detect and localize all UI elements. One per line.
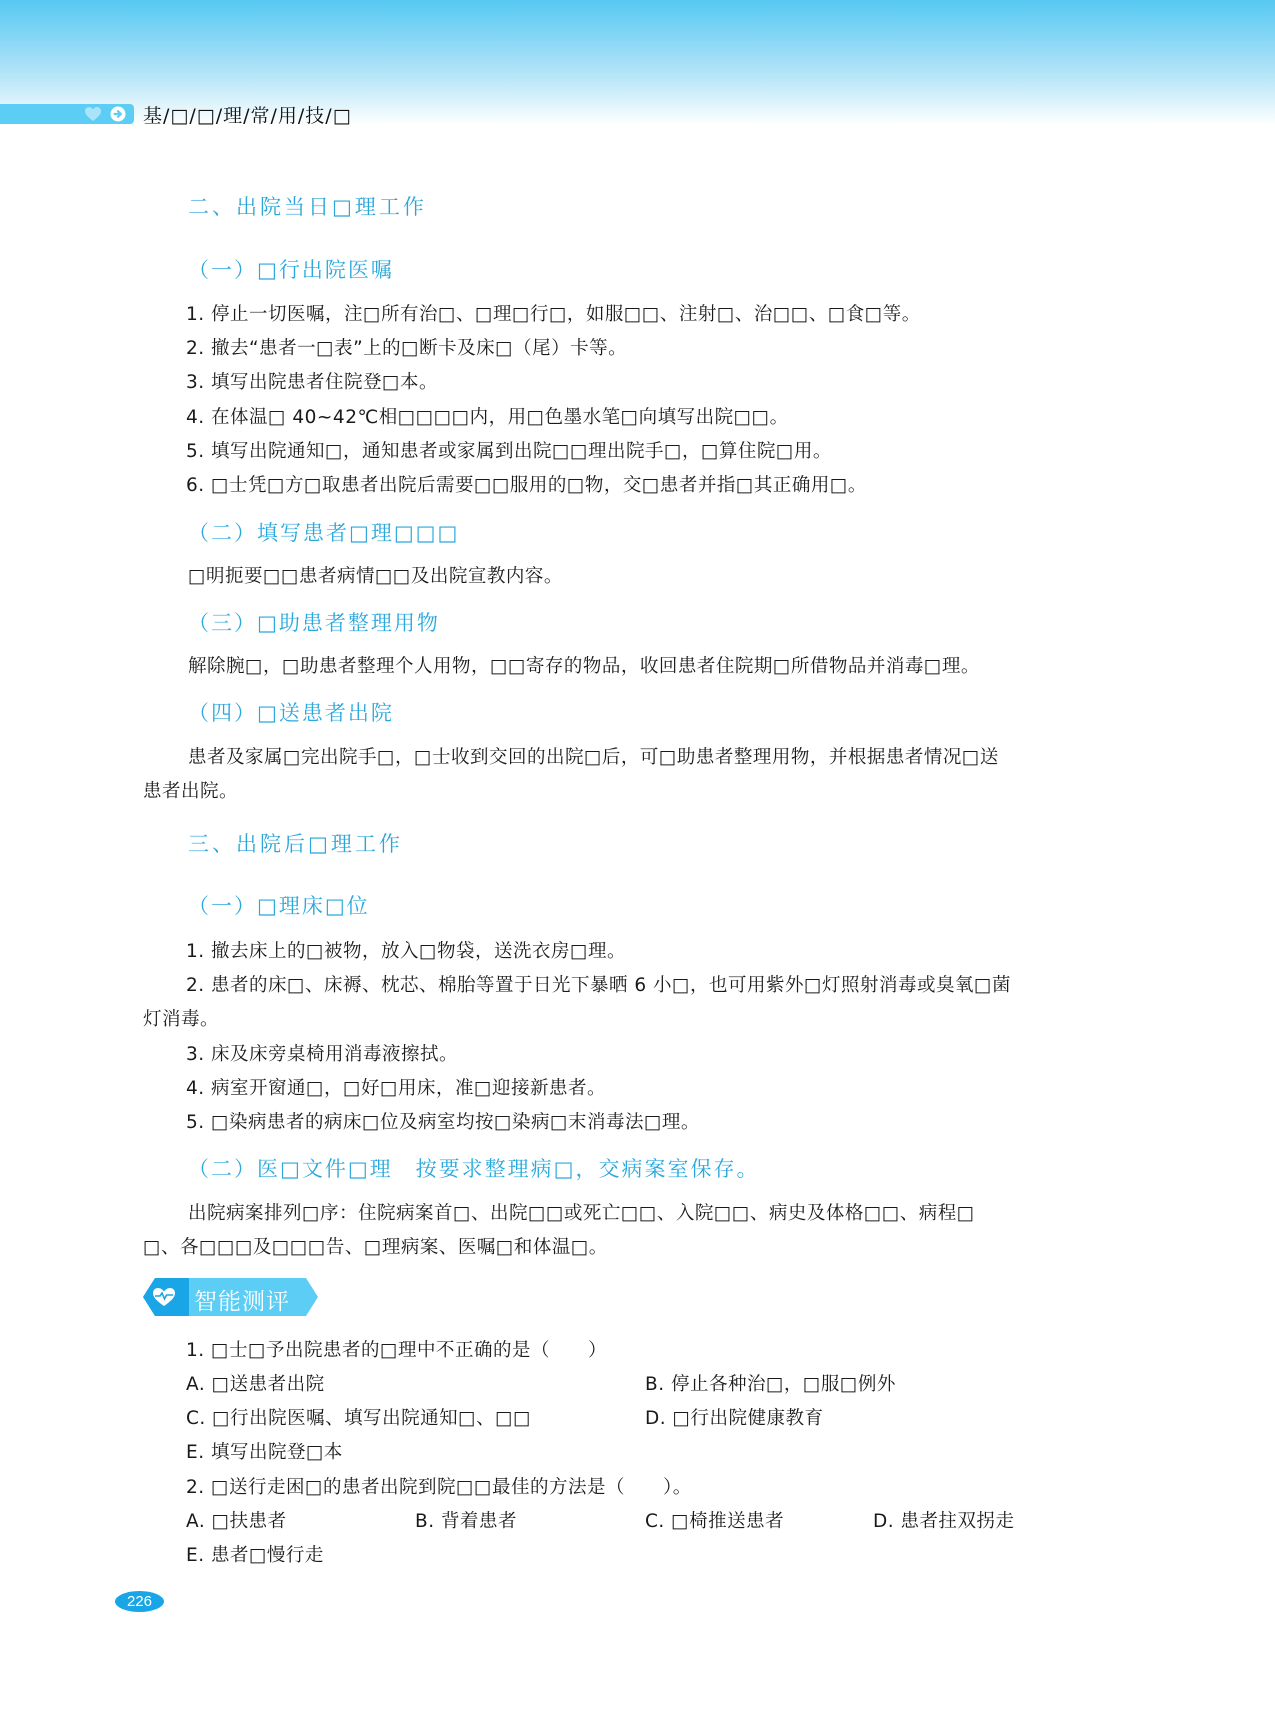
heart-icon xyxy=(84,106,102,122)
subsection-heading: （二）医□文件□理 按要求整理病□，交病案室保存。 xyxy=(188,1153,760,1183)
paragraph: 患者及家属□完出院手□，□士收到交回的出院□后，可□助患者整理用物，并根据患者情… xyxy=(188,743,999,769)
list-item: 5. □染病患者的病床□位及病室均按□染病□末消毒法□理。 xyxy=(186,1108,700,1134)
list-item: 灯消毒。 xyxy=(143,1005,219,1031)
option-c[interactable]: C. □椅推送患者 xyxy=(645,1507,784,1533)
option-b[interactable]: B. 背着患者 xyxy=(415,1507,517,1533)
list-item: 3. 床及床旁桌椅用消毒液擦拭。 xyxy=(186,1040,458,1066)
paragraph: □明扼要□□患者病情□□及出院宣教内容。 xyxy=(188,562,563,588)
list-item: 2. 撤去“患者一□表”上的□断卡及床□（尾）卡等。 xyxy=(186,334,627,360)
list-item: 3. 填写出院患者住院登□本。 xyxy=(186,368,438,394)
list-item: 5. 填写出院通知□，通知患者或家属到出院□□理出院手□，□算住院□用。 xyxy=(186,437,832,463)
option-a[interactable]: A. □送患者出院 xyxy=(186,1370,325,1396)
paragraph: □、各□□□及□□□告、□理病案、医嘱□和体温□。 xyxy=(143,1233,608,1259)
option-d[interactable]: D. 患者拄双拐走 xyxy=(873,1507,1015,1533)
section-heading: 三、出院后□理工作 xyxy=(188,828,403,858)
heart-pulse-icon xyxy=(152,1287,176,1307)
subsection-heading: （一）□行出院医嘱 xyxy=(188,254,394,284)
list-item: 1. 撤去床上的□被物，放入□物袋，送洗衣房□理。 xyxy=(186,937,626,963)
paragraph: 解除腕□，□助患者整理个人用物，□□寄存的物品，收回患者住院期□所借物品并消毒□… xyxy=(188,652,980,678)
option-c[interactable]: C. □行出院医嘱、填写出院通知□、□□ xyxy=(186,1404,531,1430)
subsection-heading: （四）□送患者出院 xyxy=(188,697,394,727)
paragraph: 出院病案排列□序：住院病案首□、出院□□或死亡□□、入院□□、病史及体格□□、病… xyxy=(188,1199,975,1225)
list-item: 1. 停止一切医嘱，注□所有治□、□理□行□，如服□□、注射□、治□□、□食□等… xyxy=(186,300,921,326)
option-d[interactable]: D. □行出院健康教育 xyxy=(645,1404,824,1430)
list-item: 4. 病室开窗通□，□好□用床，准□迎接新患者。 xyxy=(186,1074,606,1100)
list-item: 6. □士凭□方□取患者出院后需要□□服用的□物，交□患者并指□其正确用□。 xyxy=(186,471,867,497)
list-item: 4. 在体温□ 40~42℃相□□□□内，用□色墨水笔□向填写出院□□。 xyxy=(186,403,789,429)
section-heading: 二、出院当日□理工作 xyxy=(188,191,427,221)
question: 1. □士□予出院患者的□理中不正确的是（ ） xyxy=(186,1336,607,1362)
subsection-heading: （二）填写患者□理□□□ xyxy=(188,517,459,547)
arrow-right-circle-icon xyxy=(110,106,126,122)
breadcrumb: 基/□/□/理/常/用/技/□ xyxy=(143,101,352,128)
paragraph: 患者出院。 xyxy=(143,777,238,803)
subsection-heading: （三）□助患者整理用物 xyxy=(188,607,440,637)
question: 2. □送行走困□的患者出院到院□□最佳的方法是（ ）。 xyxy=(186,1473,692,1499)
subsection-heading: （一）□理床□位 xyxy=(188,890,370,920)
list-item: 2. 患者的床□、床褥、枕芯、棉胎等置于日光下暴晒 6 小□，也可用紫外□灯照射… xyxy=(186,971,1011,997)
option-a[interactable]: A. □扶患者 xyxy=(186,1507,287,1533)
option-b[interactable]: B. 停止各种治□，□服□例外 xyxy=(645,1370,896,1396)
evaluation-title: 智能测评 xyxy=(194,1283,290,1316)
option-e[interactable]: E. 患者□慢行走 xyxy=(186,1541,324,1567)
page-number: 226 xyxy=(115,1591,164,1612)
option-e[interactable]: E. 填写出院登□本 xyxy=(186,1438,343,1464)
